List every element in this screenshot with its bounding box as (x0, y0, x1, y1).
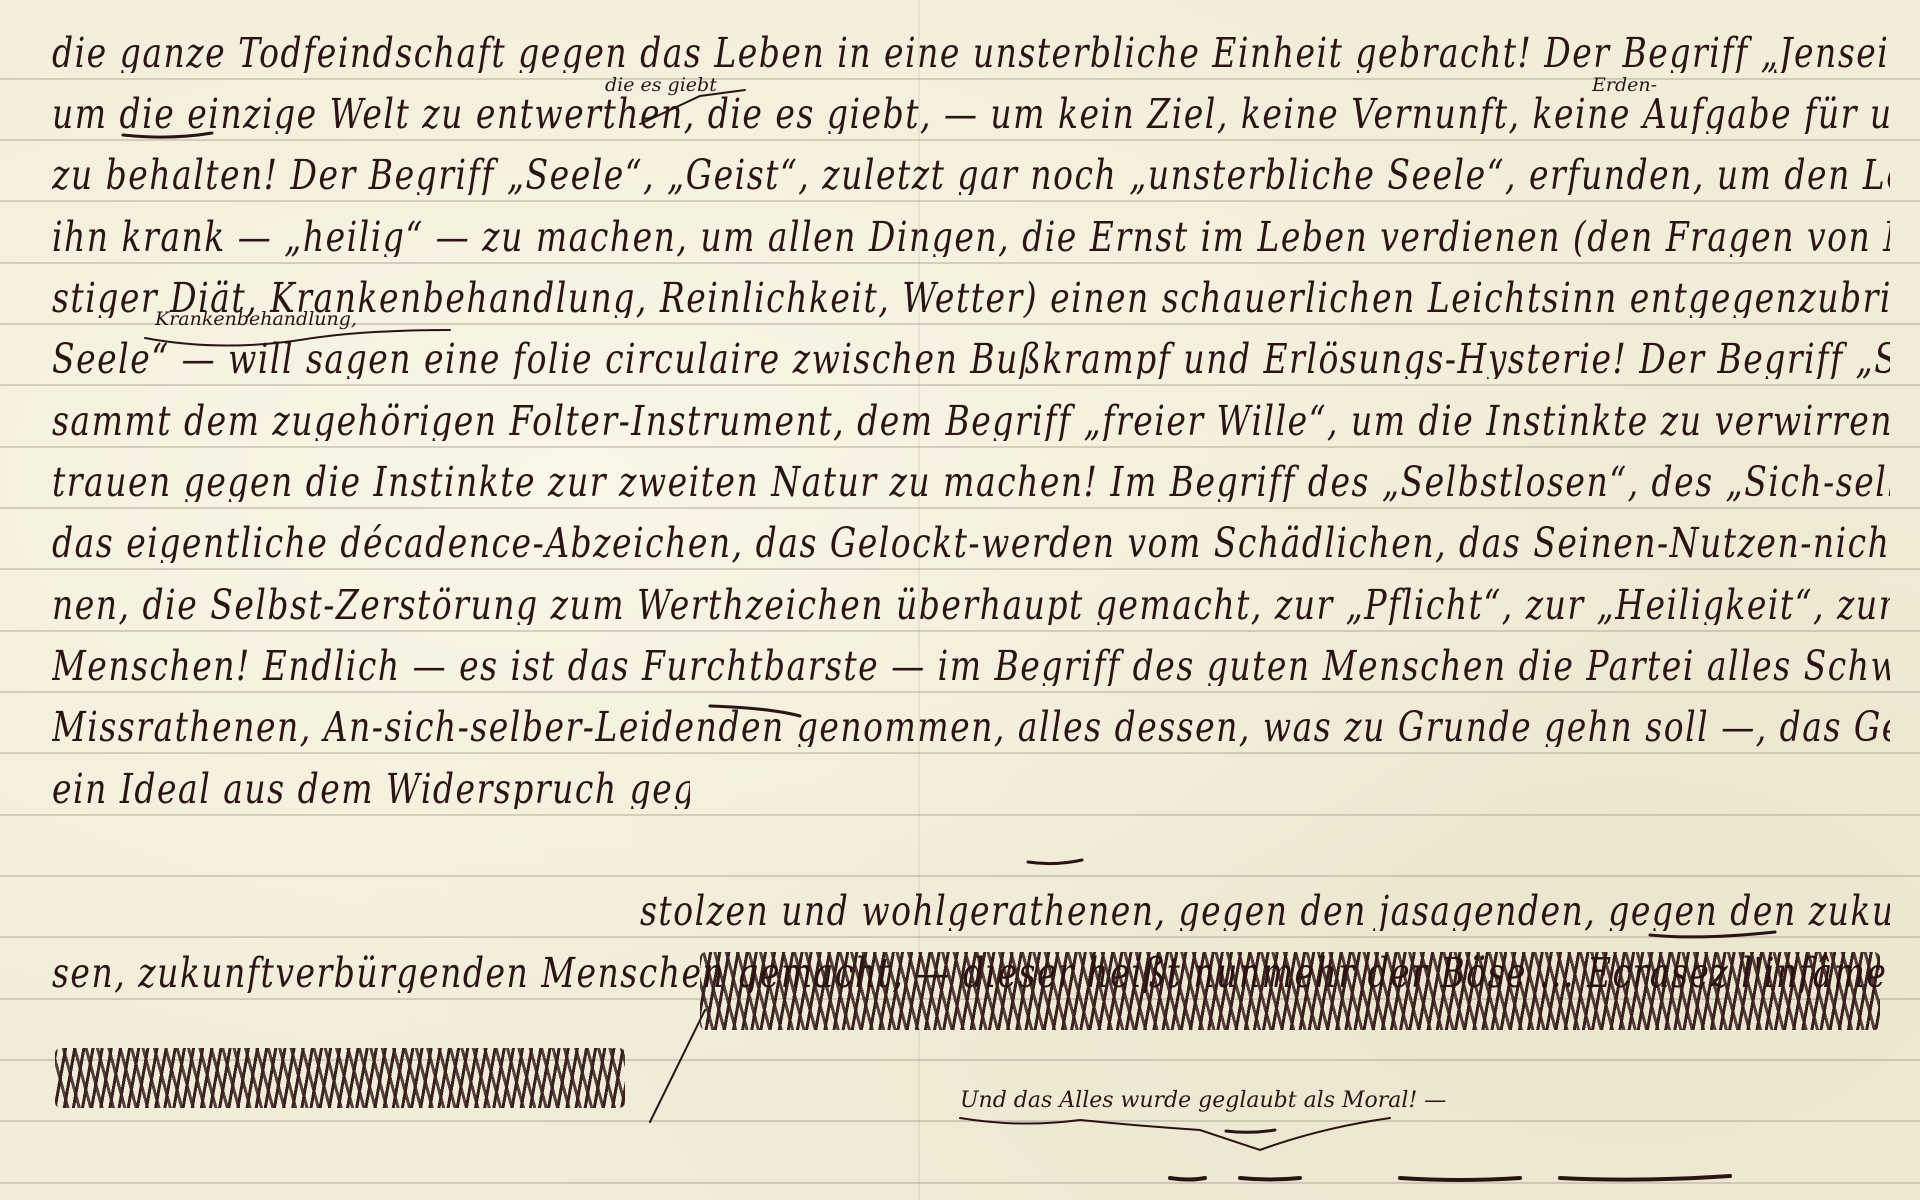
manuscript-line-7: sammt dem zugehörigen Folter-Instrument,… (52, 400, 1890, 441)
insertion-erden: Erden- (1592, 74, 1657, 96)
manuscript-line-11: Menschen! Endlich — es ist das Furchtbar… (52, 645, 1890, 686)
ruled-line (0, 875, 1920, 877)
manuscript-line-15: stolzen und wohlgerathenen, gegen den ja… (640, 890, 1890, 931)
ruled-line (0, 446, 1920, 448)
ruled-line (0, 1182, 1920, 1184)
insertion-die-es-giebt: die es giebt (605, 74, 717, 96)
ruled-line (0, 200, 1920, 202)
manuscript-line-3: zu behalten! Der Begriff „Seele“, „Geist… (52, 154, 1890, 195)
ruled-line (0, 814, 1920, 816)
ruled-line (0, 691, 1920, 693)
manuscript-line-9: das eigentliche décadence-Abzeichen, das… (52, 522, 1890, 563)
ruled-line (0, 752, 1920, 754)
manuscript-line-6: Seele“ — will sagen eine folie circulair… (52, 338, 1890, 379)
struck-passage-2 (55, 1048, 625, 1108)
ruled-line (0, 568, 1920, 570)
insertion-moral-line: Und das Alles wurde geglaubt als Moral! … (960, 1088, 1446, 1113)
struck-passage-1 (700, 952, 1880, 1030)
ruled-line (0, 139, 1920, 141)
manuscript-line-8: trauen gegen die Instinkte zur zweiten N… (52, 461, 1890, 502)
insertion-krankenbehandlung: Krankenbehandlung, (155, 308, 357, 330)
ruled-line (0, 262, 1920, 264)
manuscript-line-4: ihn krank — „heilig“ — zu machen, um all… (52, 216, 1890, 257)
manuscript-line-2: um die einzige Welt zu entwerthen, die e… (52, 93, 1890, 134)
ruled-line (0, 630, 1920, 632)
ruled-line (0, 507, 1920, 509)
ruled-line (0, 384, 1920, 386)
ruled-line (0, 936, 1920, 938)
manuscript-line-12: Missrathenen, An-sich-selber-Leidenden g… (52, 706, 1890, 747)
manuscript-line-13: ein Ideal aus dem Widerspruch gegen den (52, 768, 690, 809)
manuscript-line-1: die ganze Todfeindschaft gegen das Leben… (52, 32, 1890, 73)
manuscript-line-10: nen, die Selbst-Zerstörung zum Werthzeic… (52, 584, 1890, 625)
ruled-line (0, 1120, 1920, 1122)
